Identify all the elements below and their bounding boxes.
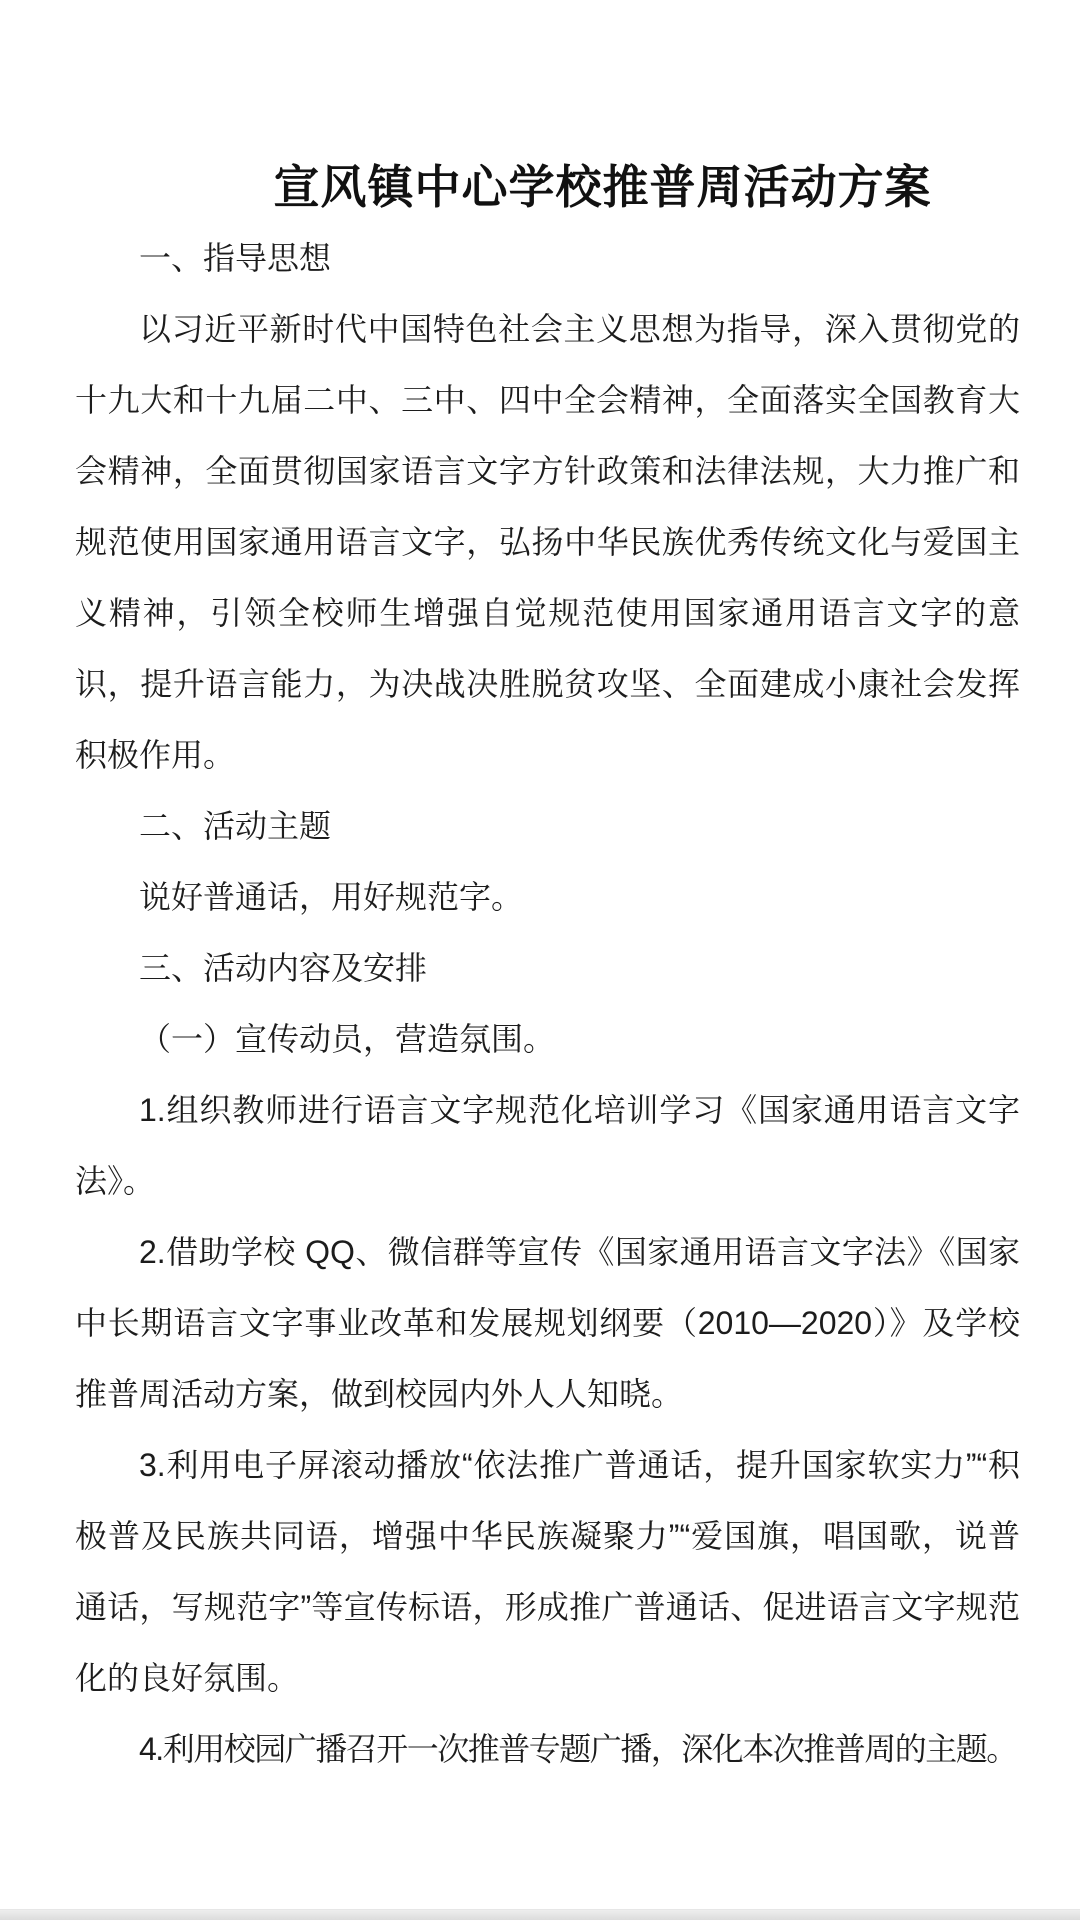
paragraph-item-2-qq-wechat-publicity: 2.借助学校 QQ、微信群等宣传《国家通用语言文字法》《国家中长期语言文字事业改… bbox=[75, 1217, 1020, 1430]
section-heading-activity-theme: 二、活动主题 bbox=[75, 791, 1020, 862]
document-title: 宣风镇中心学校推普周活动方案 bbox=[75, 155, 1020, 219]
section-heading-guiding-ideology: 一、指导思想 bbox=[75, 223, 1020, 294]
bottom-edge-bar bbox=[0, 1909, 1080, 1920]
paragraph-item-4-campus-broadcast: 4.利用校园广播召开一次推普专题广播，深化本次推普周的主题。 bbox=[75, 1714, 1020, 1785]
section-heading-activity-content: 三、活动内容及安排 bbox=[75, 933, 1020, 1004]
paragraph-item-3-electronic-screen-slogans: 3.利用电子屏滚动播放“依法推广普通话，提升国家软实力”“积极普及民族共同语，增… bbox=[75, 1430, 1020, 1714]
paragraph-activity-theme-body: 说好普通话，用好规范字。 bbox=[75, 862, 1020, 933]
paragraph-item-1-teacher-training: 1.组织教师进行语言文字规范化培训学习《国家通用语言文字法》。 bbox=[75, 1075, 1020, 1217]
document-page: 宣风镇中心学校推普周活动方案 一、指导思想 以习近平新时代中国特色社会主义思想为… bbox=[0, 0, 1080, 1785]
paragraph-guiding-ideology-body: 以习近平新时代中国特色社会主义思想为指导，深入贯彻党的十九大和十九届二中、三中、… bbox=[75, 294, 1020, 791]
subsection-heading-publicity-mobilization: （一）宣传动员，营造氛围。 bbox=[75, 1004, 1020, 1075]
